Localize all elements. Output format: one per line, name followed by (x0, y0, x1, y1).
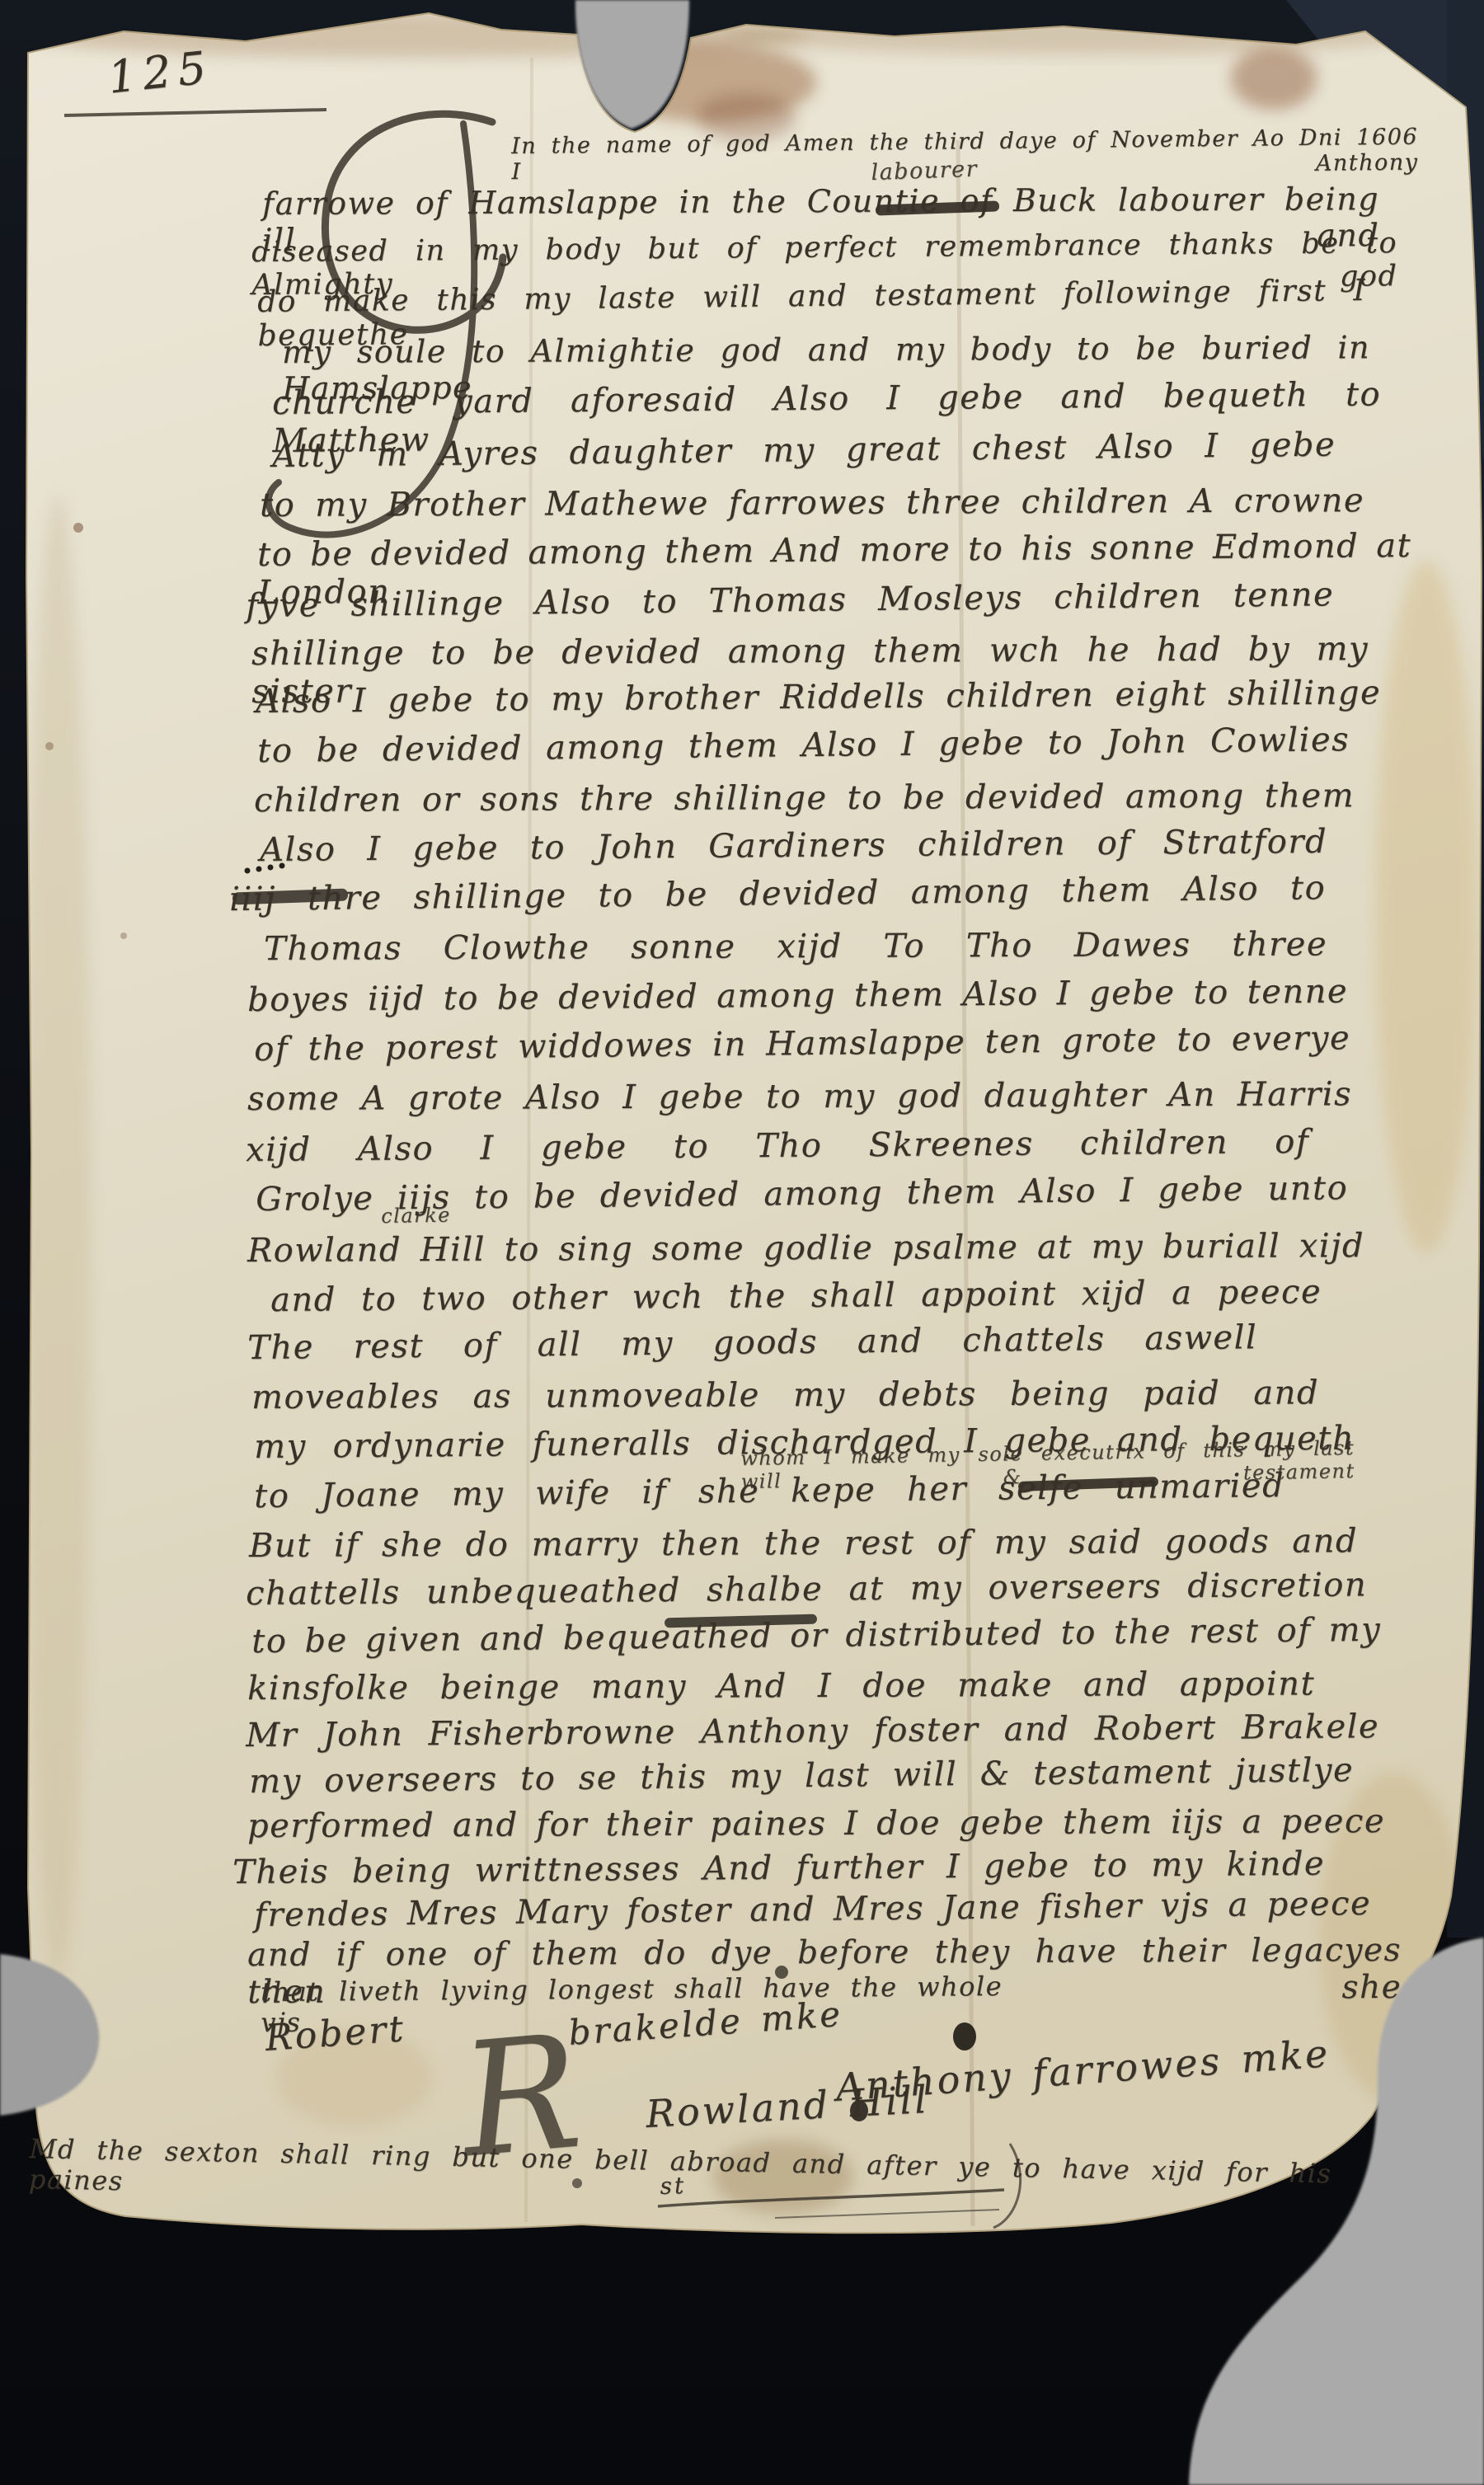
manuscript-photo: 125 In the name of god Amen the third da… (0, 0, 1484, 2485)
holding-fingers (0, 0, 1484, 2485)
holding-finger-left (0, 1954, 99, 2116)
holding-finger-top (575, 0, 689, 129)
holding-thumb-bottom-right (1189, 1938, 1484, 2485)
